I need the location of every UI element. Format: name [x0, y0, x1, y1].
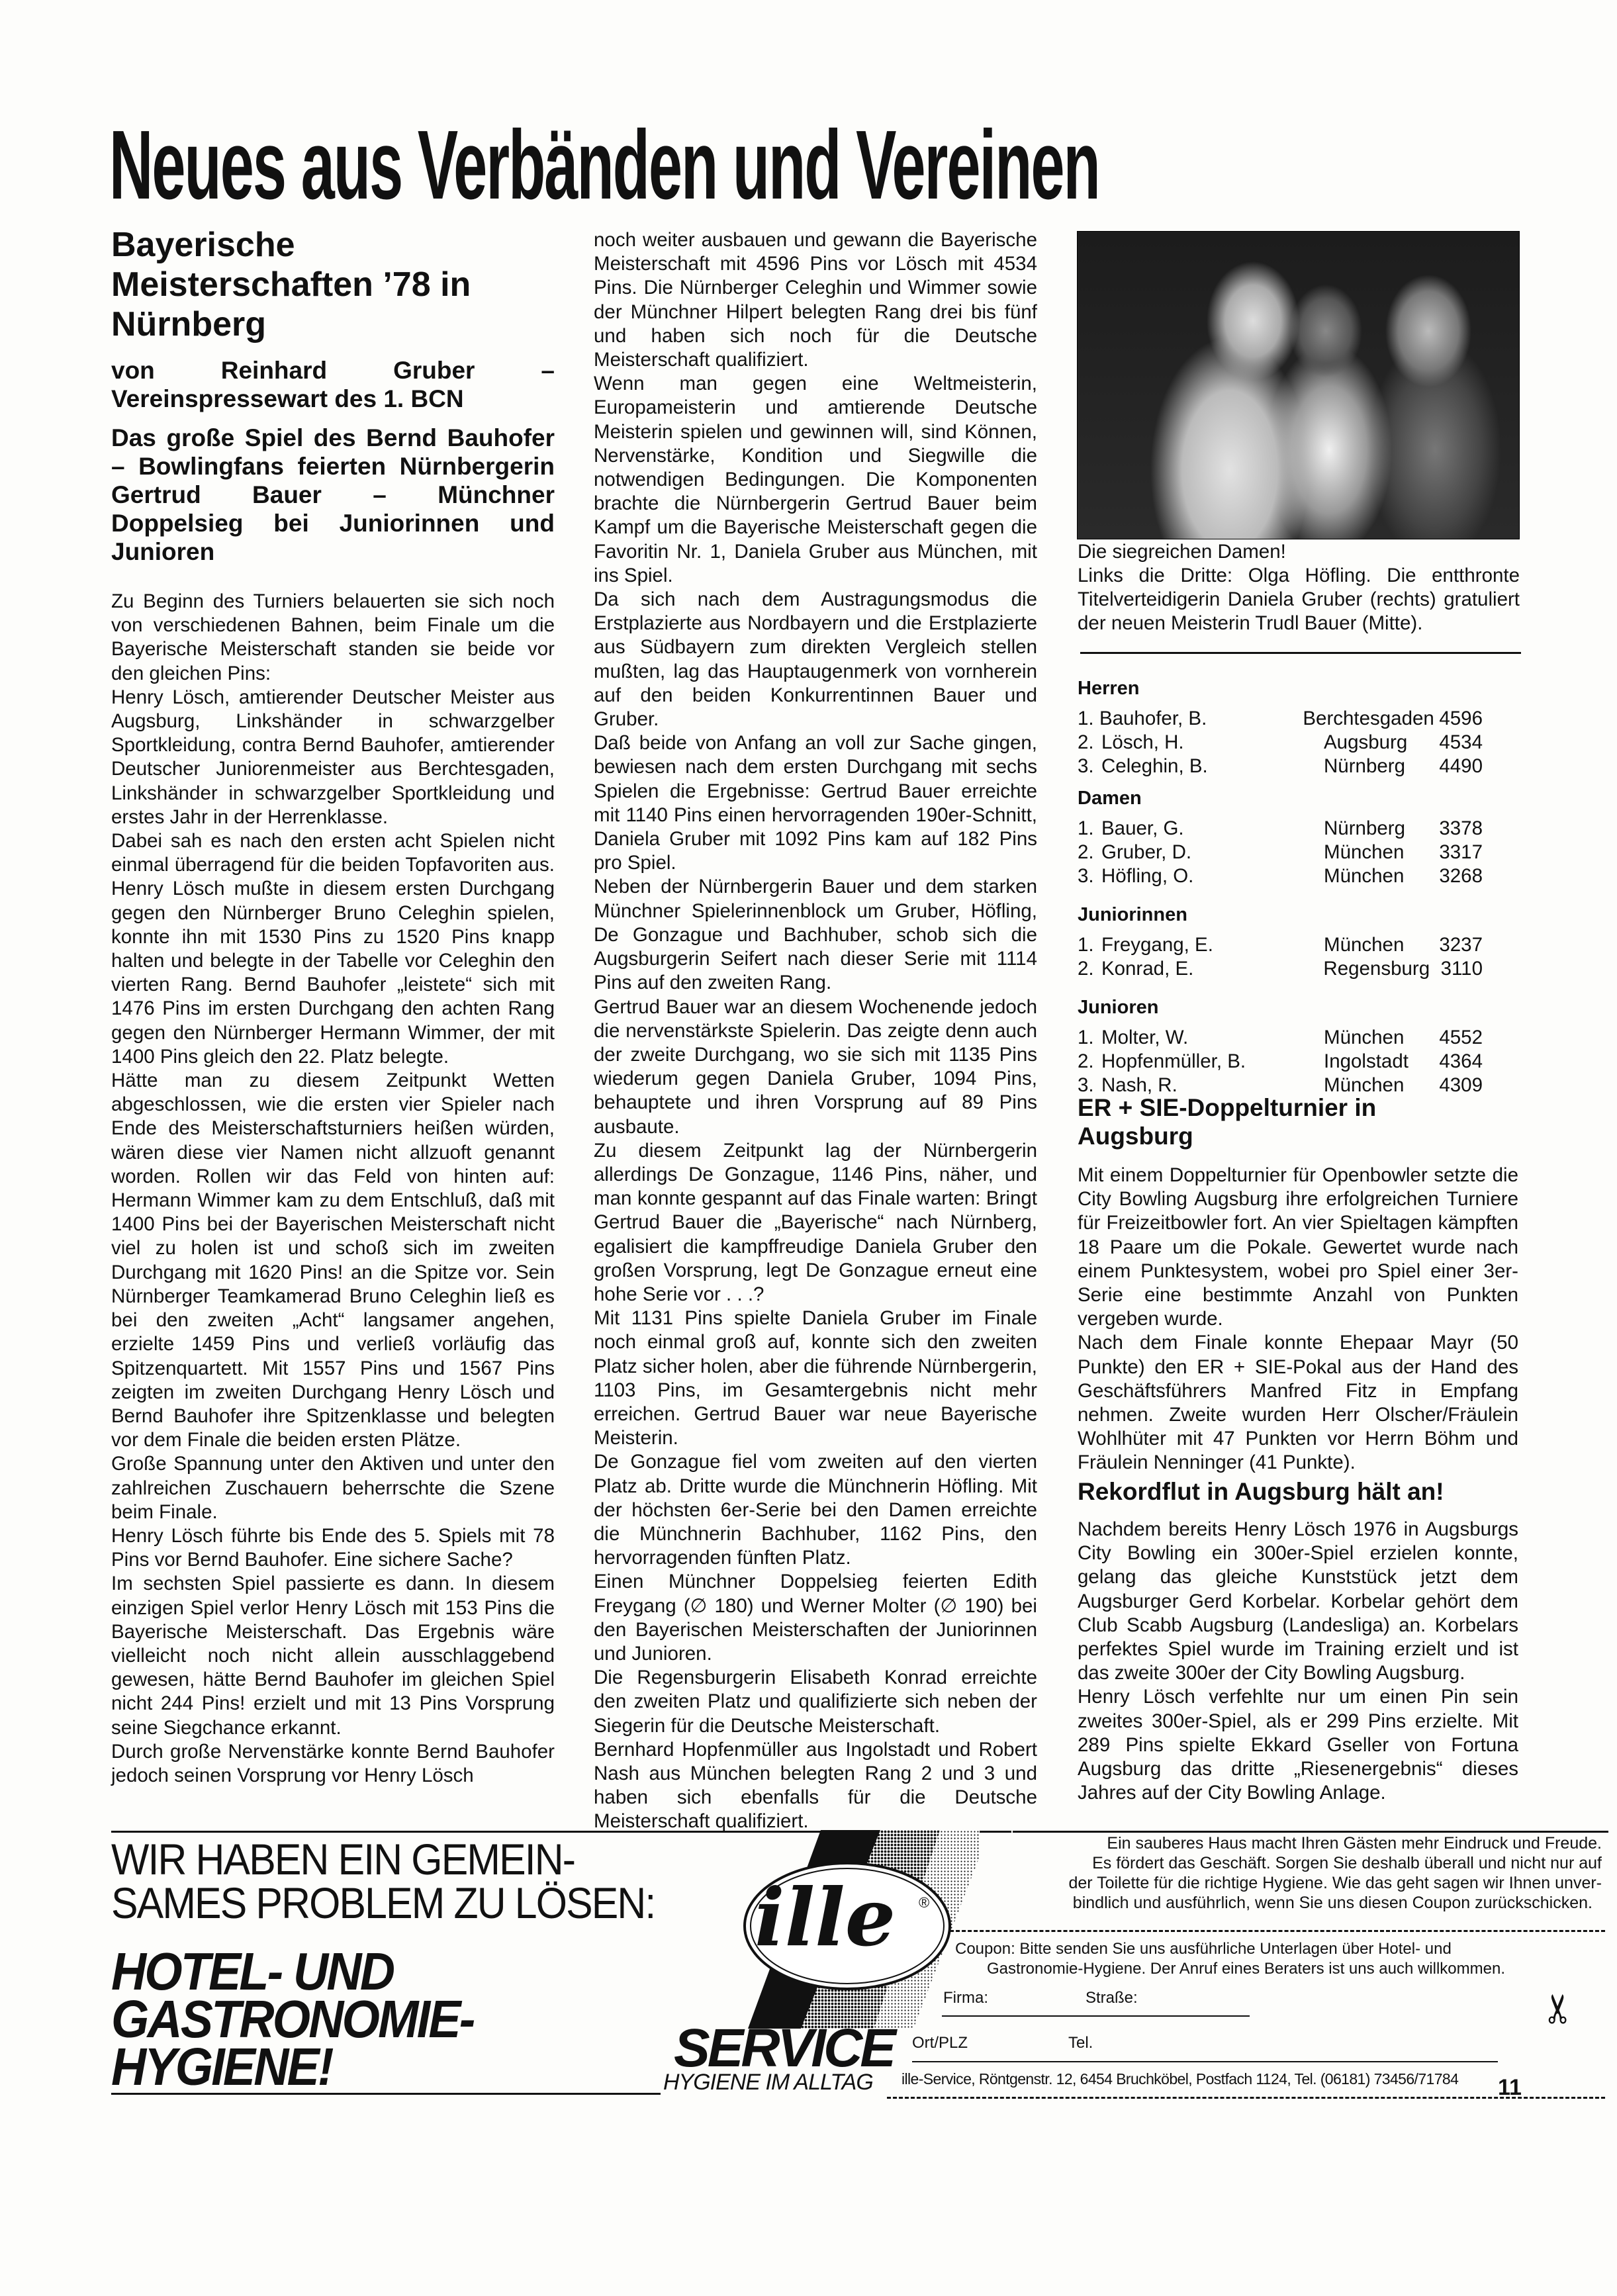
coupon-field-ort[interactable]: Ort/PLZ [912, 2034, 968, 2052]
player-name: Hopfenmüller, B. [1101, 1050, 1324, 1074]
player-city: Berchtesgaden [1303, 707, 1434, 731]
table-row: 1.Molter, W.München4552 [1078, 1026, 1483, 1050]
rank: 2. [1078, 1050, 1101, 1074]
paragraph: Daß beide von Anfang an voll zur Sache g… [594, 731, 1037, 875]
paragraph: Große Spannung unter den Aktiven und unt… [111, 1452, 555, 1524]
article-title: ER + SIE-Doppelturnier in Augsburg [1078, 1093, 1409, 1150]
paragraph: Wenn man gegen eine Weltmeisterin, Europ… [594, 372, 1037, 588]
rank: 1. [1078, 817, 1101, 841]
article-column-1: Bayerische Meisterschaften ’78 in Nürnbe… [111, 225, 555, 1788]
player-city: Regensburg [1323, 957, 1430, 981]
results-category: Juniorinnen [1078, 903, 1483, 927]
player-city: Nürnberg [1324, 755, 1430, 778]
photo-caption: Die siegreichen Damen! Links die Dritte:… [1078, 540, 1520, 635]
article-subtitle: Das große Spiel des Bernd Bauhofer – Bow… [111, 424, 555, 566]
article-column-2: noch weiter ausbauen und gewann die Baye… [594, 228, 1037, 1834]
player-score: 4596 [1434, 707, 1483, 731]
table-row: 3.Celeghin, B.Nürnberg4490 [1078, 755, 1483, 778]
player-city: München [1324, 841, 1430, 864]
ad-tagline: HYGIENE IM ALLTAG [663, 2070, 873, 2094]
ad-bold-line: HOTEL- UND [111, 1948, 473, 1996]
player-name: Molter, W. [1101, 1026, 1324, 1050]
paragraph: Durch große Nervenstärke konnte Bernd Ba… [111, 1740, 555, 1788]
player-score: 3268 [1430, 864, 1483, 888]
coupon-field-strasse[interactable]: Straße: [1086, 1989, 1138, 2007]
paragraph: Zu Beginn des Turniers belauerten sie si… [111, 590, 555, 686]
player-name: Celeghin, B. [1101, 755, 1324, 778]
rank: 3. [1078, 755, 1101, 778]
ad-bottom-rule [111, 2093, 661, 2095]
paragraph: Henry Lösch, amtierender Deutscher Meist… [111, 686, 555, 829]
scissors-icon: ✂ [1536, 1992, 1582, 2025]
paragraph: Bernhard Hopfenmüller aus Ingolstadt und… [594, 1738, 1037, 1834]
ad-service-logo: SERVICE [674, 2022, 894, 2075]
paragraph: Henry Lösch verfehlte nur um einen Pin s… [1078, 1685, 1518, 1805]
paragraph: Im sechsten Spiel passierte es dann. In … [111, 1572, 555, 1739]
photo-caption-text: Links die Dritte: Olga Höfling. Die entt… [1078, 564, 1520, 635]
ad-headline: WIR HABEN EIN GEMEIN- SAMES PROBLEM ZU L… [111, 1837, 655, 1925]
photo-caption-title: Die siegreichen Damen! [1078, 540, 1520, 564]
paragraph: Da sich nach dem Austragungsmodus die Er… [594, 588, 1037, 731]
player-score: 3378 [1430, 817, 1483, 841]
rank: 2. [1078, 957, 1101, 981]
paragraph: Neben der Nürnbergerin Bauer und dem sta… [594, 875, 1037, 995]
ad-copy-line: bindlich und ausführlich, wenn Sie uns d… [953, 1893, 1602, 1913]
coupon-text: Coupon: Bitte senden Sie uns ausführlich… [955, 1939, 1604, 1979]
paragraph: Mit 1131 Pins spielte Daniela Gruber im … [594, 1307, 1037, 1450]
table-row: 2.Hopfenmüller, B.Ingolstadt4364 [1078, 1050, 1483, 1074]
table-row: 2.Konrad, E.Regensburg3110 [1078, 957, 1483, 981]
results-table: Herren 1.Bauhofer, B.Berchtesgaden4596 2… [1078, 668, 1483, 1097]
results-group-damen: Damen 1.Bauer, G.Nürnberg3378 2.Gruber, … [1078, 786, 1483, 888]
paragraph: Die Regensburgerin Elisabeth Konrad erre… [594, 1666, 1037, 1738]
article-title: Rekordflut in Augsburg hält an! [1078, 1477, 1518, 1506]
paragraph: Nach dem Finale konnte Ehepaar Mayr (50 … [1078, 1331, 1518, 1475]
ad-copy-line: der Toilette für die richtige Hygiene. W… [953, 1873, 1602, 1893]
paragraph: Einen Münchner Doppelsieg feierten Edith… [594, 1570, 1037, 1666]
paragraph: noch weiter ausbauen und gewann die Baye… [594, 228, 1037, 372]
rank: 2. [1078, 731, 1101, 755]
table-row: 1.Freygang, E.München3237 [1078, 933, 1483, 957]
coupon-line: Coupon: Bitte senden Sie uns ausführlich… [955, 1939, 1604, 1959]
photo-winning-ladies [1077, 231, 1520, 539]
player-name: Gruber, D. [1101, 841, 1324, 864]
article-title: Bayerische Meisterschaften ’78 in Nürnbe… [111, 225, 555, 344]
player-city: Nürnberg [1324, 817, 1430, 841]
player-name: Lösch, H. [1101, 731, 1324, 755]
results-category: Herren [1078, 676, 1483, 700]
paragraph: Nachdem bereits Henry Lösch 1976 in Augs… [1078, 1518, 1518, 1685]
paragraph: Dabei sah es nach den ersten acht Spiele… [111, 829, 555, 1069]
player-name: Bauer, G. [1101, 817, 1324, 841]
article-rekordflut: Rekordflut in Augsburg hält an! Nachdem … [1078, 1477, 1518, 1805]
player-name: Freygang, E. [1101, 933, 1324, 957]
registered-mark: ® [919, 1894, 929, 1911]
ad-headline-line: WIR HABEN EIN GEMEIN- [111, 1837, 655, 1881]
rank: 1. [1078, 933, 1101, 957]
player-name: Höfling, O. [1101, 864, 1324, 888]
coupon-line: Gastronomie-Hygiene. Der Anruf eines Ber… [955, 1959, 1604, 1979]
article-er-sie: ER + SIE-Doppelturnier in Augsburg Mit e… [1078, 1093, 1518, 1475]
player-city: Augsburg [1324, 731, 1430, 755]
page-masthead: Neues aus Verbänden und Vereinen [109, 119, 1521, 212]
rank: 3. [1078, 864, 1101, 888]
paragraph: Zu diesem Zeitpunkt lag der Nürnbergerin… [594, 1139, 1037, 1307]
player-city: München [1324, 933, 1430, 957]
divider [1080, 652, 1521, 654]
player-name: Konrad, E. [1101, 957, 1323, 981]
results-category: Junioren [1078, 995, 1483, 1019]
paragraph: Mit einem Doppelturnier für Openbowler s… [1078, 1164, 1518, 1331]
table-row: 2.Lösch, H.Augsburg4534 [1078, 731, 1483, 755]
ille-logo-text: ille [755, 1878, 896, 1958]
ad-bold-line: HYGIENE! [111, 2043, 473, 2091]
coupon-field-firma[interactable]: Firma: [943, 1989, 988, 2007]
ad-copy-line: Ein sauberes Haus macht Ihren Gästen meh… [953, 1833, 1602, 1853]
rank: 1. [1078, 707, 1099, 731]
player-name: Bauhofer, B. [1099, 707, 1303, 731]
coupon-field-tel[interactable]: Tel. [1068, 2034, 1093, 2052]
coupon-field-line [912, 2061, 1498, 2062]
article-byline: von Reinhard Gruber – Vereinspressewart … [111, 356, 555, 413]
rank: 1. [1078, 1026, 1101, 1050]
paragraph: De Gonzague fiel vom zweiten auf den vie… [594, 1450, 1037, 1570]
player-score: 4364 [1430, 1050, 1483, 1074]
ad-copy-line: Es fördert das Geschäft. Sorgen Sie desh… [953, 1853, 1602, 1873]
coupon-cut-line [950, 1930, 1605, 1932]
player-score: 4552 [1430, 1026, 1483, 1050]
table-row: 2.Gruber, D.München3317 [1078, 841, 1483, 864]
page-number: 11 [1498, 2075, 1522, 2101]
table-row: 1.Bauer, G.Nürnberg3378 [1078, 817, 1483, 841]
results-group-juniorinnen: Juniorinnen 1.Freygang, E.München3237 2.… [1078, 903, 1483, 981]
player-score: 3317 [1430, 841, 1483, 864]
player-city: Ingolstadt [1324, 1050, 1430, 1074]
results-category: Damen [1078, 786, 1483, 810]
paragraph: Hätte man zu diesem Zeitpunkt Wetten abg… [111, 1069, 555, 1452]
paragraph: Henry Lösch führte bis Ende des 5. Spiel… [111, 1524, 555, 1572]
player-score: 3237 [1430, 933, 1483, 957]
results-group-herren: Herren 1.Bauhofer, B.Berchtesgaden4596 2… [1078, 676, 1483, 778]
results-group-junioren: Junioren 1.Molter, W.München4552 2.Hopfe… [1078, 995, 1483, 1097]
player-score: 4534 [1430, 731, 1483, 755]
table-row: 1.Bauhofer, B.Berchtesgaden4596 [1078, 707, 1483, 731]
ad-bold-headline: HOTEL- UND GASTRONOMIE- HYGIENE! [111, 1948, 473, 2091]
ad-bold-line: GASTRONOMIE- [111, 1996, 473, 2043]
ad-body-copy: Ein sauberes Haus macht Ihren Gästen meh… [953, 1833, 1602, 1913]
table-row: 3.Höfling, O.München3268 [1078, 864, 1483, 888]
paragraph: Gertrud Bauer war an diesem Wochenende j… [594, 995, 1037, 1139]
coupon-field-line [942, 2015, 1250, 2017]
rank: 2. [1078, 841, 1101, 864]
coupon-address: ille-Service, Röntgenstr. 12, 6454 Bruch… [901, 2070, 1458, 2088]
ad-headline-line: SAMES PROBLEM ZU LÖSEN: [111, 1881, 655, 1925]
ad-top-rule-right [1013, 1831, 1608, 1833]
player-score: 3110 [1430, 957, 1483, 981]
player-city: München [1324, 864, 1430, 888]
player-score: 4490 [1430, 755, 1483, 778]
player-city: München [1324, 1026, 1430, 1050]
